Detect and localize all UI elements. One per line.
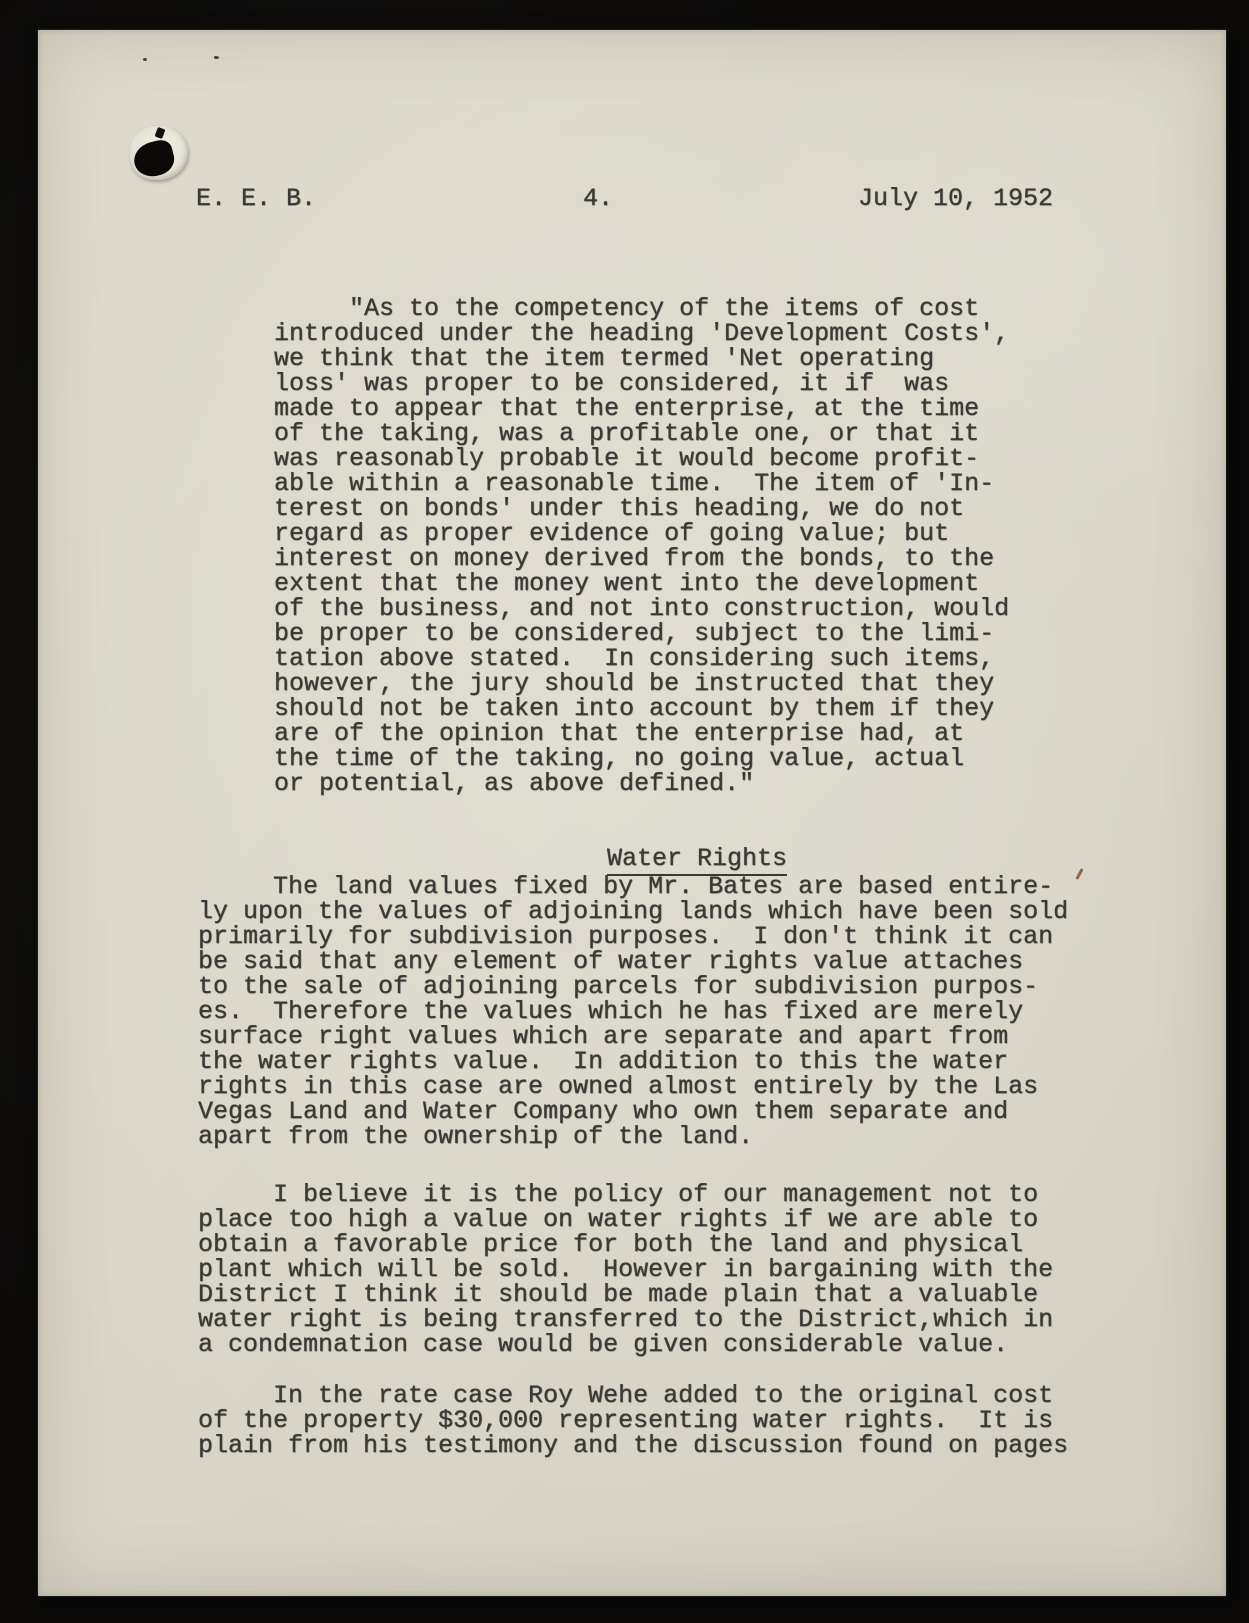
paper-speck [143,58,147,61]
paragraph: In the rate case Roy Wehe added to the o… [198,1383,1103,1458]
paper-speck [214,56,219,59]
page-number: 4. [583,186,613,211]
page-header: E. E. B. 4. July 10, 1952 [38,186,1226,212]
header-date: July 10, 1952 [858,186,1053,211]
document-page: E. E. B. 4. July 10, 1952 "As to the com… [38,30,1226,1596]
punch-hole [130,126,188,180]
scan-background: E. E. B. 4. July 10, 1952 "As to the com… [0,0,1249,1623]
quoted-passage: "As to the competency of the items of co… [274,296,1064,796]
paragraph: The land values fixed by Mr. Bates are b… [198,874,1103,1149]
paragraph: I believe it is the policy of our manage… [198,1182,1103,1357]
header-initials: E. E. B. [196,186,316,211]
